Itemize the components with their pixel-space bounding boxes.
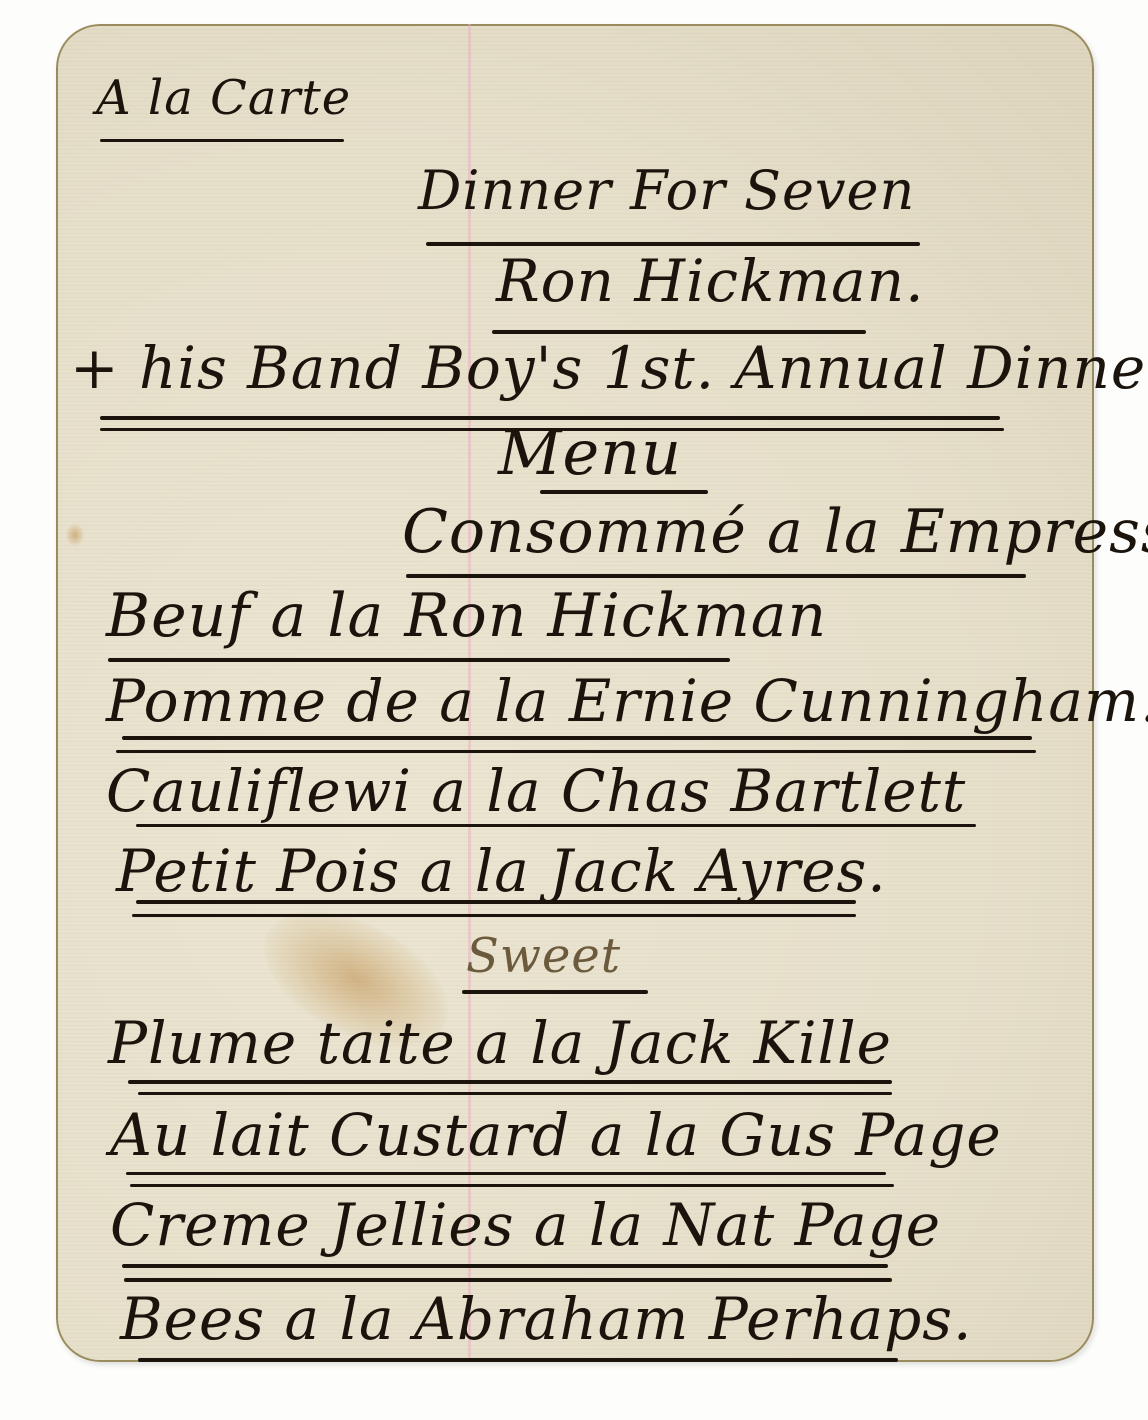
underline bbox=[128, 1080, 892, 1084]
underline bbox=[138, 1358, 898, 1362]
underline bbox=[136, 824, 976, 827]
sweet-heading: Sweet bbox=[466, 932, 621, 980]
corner-label: A la Carte bbox=[96, 74, 351, 122]
underline bbox=[406, 574, 1026, 578]
sweet-item: Bees a la Abraham Perhaps. bbox=[120, 1290, 972, 1348]
underline bbox=[122, 736, 1032, 740]
small-stain bbox=[66, 524, 84, 546]
underline bbox=[136, 900, 856, 904]
sweet-item: Au lait Custard a la Gus Page bbox=[110, 1106, 1002, 1164]
course-item: Cauliflewi a la Chas Bartlett bbox=[106, 762, 966, 820]
underline bbox=[540, 490, 708, 494]
course-item: Petit Pois a la Jack Ayres. bbox=[116, 842, 887, 900]
underline bbox=[462, 990, 648, 994]
course-item: Beuf a la Ron Hickman bbox=[106, 586, 827, 646]
menu-card: A la Carte Dinner For Seven Ron Hickman.… bbox=[56, 24, 1094, 1362]
underline bbox=[122, 1264, 888, 1268]
subtitle: + his Band Boy's 1st. Annual Dinner bbox=[70, 339, 1148, 397]
underline bbox=[100, 139, 344, 142]
underline bbox=[108, 658, 730, 662]
underline bbox=[124, 1278, 892, 1282]
sweet-item: Creme Jellies a la Nat Page bbox=[110, 1196, 941, 1254]
course-item: Consommé a la Empress. bbox=[402, 502, 1148, 562]
host-name: Ron Hickman. bbox=[496, 252, 925, 310]
underline bbox=[426, 242, 920, 246]
underline bbox=[130, 1184, 894, 1187]
underline bbox=[116, 750, 1036, 753]
course-item: Pomme de a la Ernie Cunningham. bbox=[106, 672, 1148, 730]
title: Dinner For Seven bbox=[418, 164, 915, 218]
underline bbox=[126, 1172, 886, 1175]
underline bbox=[132, 914, 856, 917]
menu-heading: Menu bbox=[498, 422, 682, 484]
underline bbox=[138, 1092, 892, 1095]
sweet-item: Plume taite a la Jack Kille bbox=[108, 1014, 892, 1072]
